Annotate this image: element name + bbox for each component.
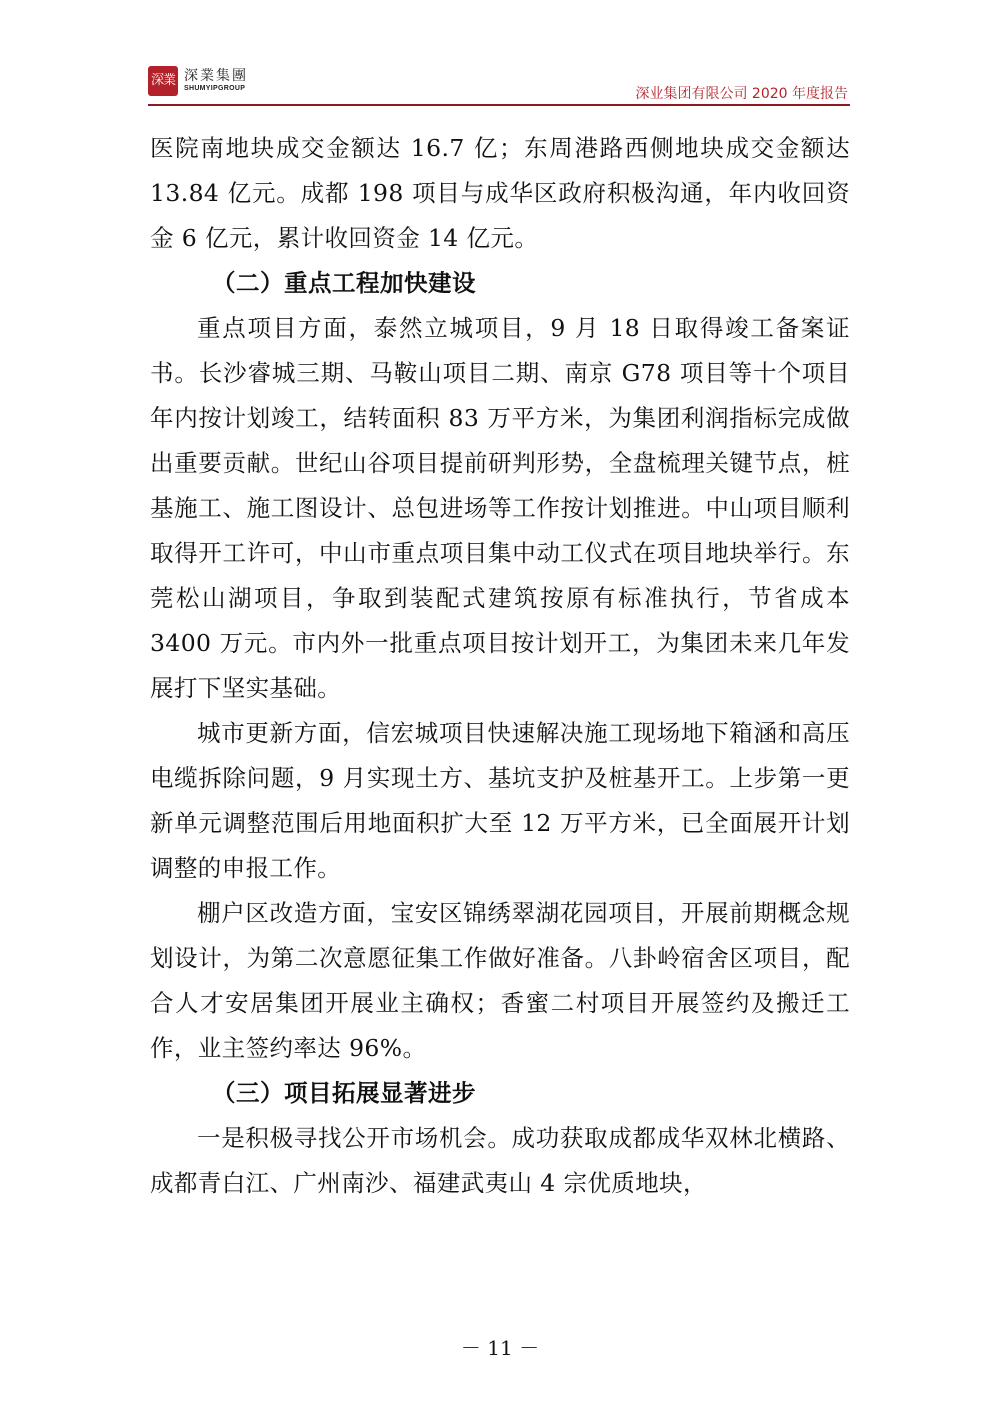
logo-chinese-name: 深業集團 bbox=[184, 68, 248, 84]
section-heading-key-projects: （二）重点工程加快建设 bbox=[150, 261, 850, 306]
logo-text: 深業集團 SHUMYIPGROUP bbox=[184, 68, 248, 94]
logo-english-name: SHUMYIPGROUP bbox=[184, 84, 248, 94]
paragraph-urban-renewal: 城市更新方面，信宏城项目快速解决施工现场地下箱涵和高压电缆拆除问题，9 月实现土… bbox=[150, 711, 850, 891]
paragraph-key-projects: 重点项目方面，泰然立城项目，9 月 18 日取得竣工备案证书。长沙睿城三期、马鞍… bbox=[150, 306, 850, 711]
logo-seal-icon: 深業 bbox=[148, 66, 178, 96]
section-heading-project-expansion: （三）项目拓展显著进步 bbox=[150, 1071, 850, 1116]
header-divider bbox=[148, 104, 850, 106]
paragraph-shantytown-renovation: 棚户区改造方面，宝安区锦绣翠湖花园项目，开展前期概念规划设计，为第二次意愿征集工… bbox=[150, 891, 850, 1071]
document-body: 医院南地块成交金额达 16.7 亿；东周港路西侧地块成交金额达 13.84 亿元… bbox=[150, 126, 850, 1206]
report-title: 深业集团有限公司 2020 年度报告 bbox=[635, 83, 848, 103]
page-header: 深業 深業集團 SHUMYIPGROUP 深业集团有限公司 2020 年度报告 bbox=[148, 66, 848, 106]
company-logo: 深業 深業集團 SHUMYIPGROUP bbox=[148, 66, 248, 96]
paragraph-market-opportunities: 一是积极寻找公开市场机会。成功获取成都成华双林北横路、成都青白江、广州南沙、福建… bbox=[150, 1116, 850, 1206]
paragraph-land-deals: 医院南地块成交金额达 16.7 亿；东周港路西侧地块成交金额达 13.84 亿元… bbox=[150, 126, 850, 261]
page-number: － 11 － bbox=[0, 1332, 1000, 1361]
